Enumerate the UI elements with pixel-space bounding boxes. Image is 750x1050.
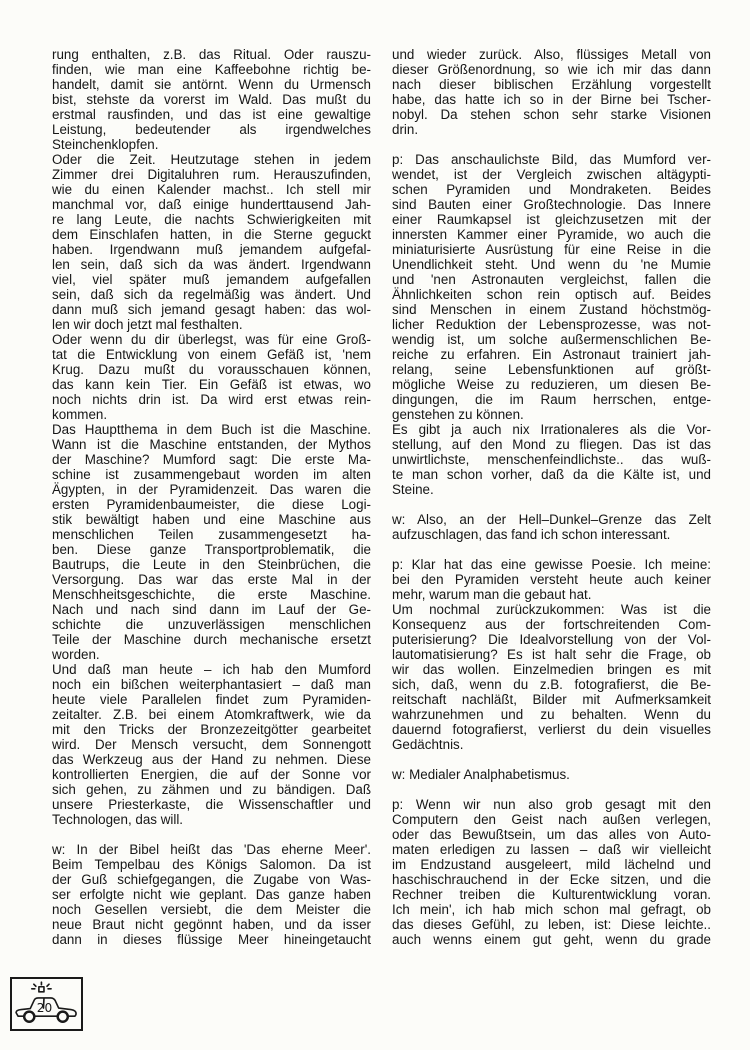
- text-line: Bautrups, die Leute in den Steinbrüchen,…: [52, 557, 371, 572]
- paragraph: Um nochmal zurückzukommen: Was ist dieKo…: [392, 602, 711, 752]
- text-line: sich gehen, zu zähmen und zu bändigen. D…: [52, 782, 371, 797]
- paragraph: Und daß man heute – ich hab den Mumfordn…: [52, 662, 371, 827]
- text-line: bei den Pyramiden versteht heute auch ke…: [392, 572, 711, 587]
- text-line: noch nichts drin ist. Da wird erst etwas…: [52, 392, 371, 407]
- text-line: Es gibt ja auch nix Irrationaleres als d…: [392, 422, 711, 437]
- paragraph: p: Klar hat das eine gewisse Poesie. Ich…: [392, 557, 711, 602]
- text-line: und 'nen Astronauten vergleichst, fallen…: [392, 272, 711, 287]
- text-line: mit den Tricks der Bronzezeitgötter gear…: [52, 722, 371, 737]
- text-line: licher Reduktion der Lebensprozesse, was…: [392, 317, 711, 332]
- paragraph: p: Das anschaulichste Bild, das Mumford …: [392, 152, 711, 422]
- paragraph: Das Hauptthema in dem Buch ist die Masch…: [52, 422, 371, 662]
- text-line: Das Hauptthema in dem Buch ist die Masch…: [52, 422, 371, 437]
- text-line: viel, viel später muß jemandem aufgefall…: [52, 272, 371, 287]
- text-line: worden.: [52, 647, 371, 662]
- paragraph: w: Medialer Analphabetismus.: [392, 767, 711, 782]
- text-line: kontrollierten Energien, die auf der Son…: [52, 767, 371, 782]
- text-line: das Werkzeug aus der Hand zu nehmen. Die…: [52, 752, 371, 767]
- text-line: mögliche Weise zu reduzieren, um diesen …: [392, 377, 711, 392]
- text-line: p: Das anschaulichste Bild, das Mumford …: [392, 152, 711, 167]
- car-icon: 20: [12, 979, 81, 1029]
- text-line: Wann ist die Maschine entstanden, der My…: [52, 437, 371, 452]
- scanned-magazine-page: rung enthalten, z.B. das Ritual. Oder ra…: [0, 0, 750, 1050]
- page-number: 20: [37, 1001, 52, 1015]
- text-line: ersten Pyramidenbaumeister, die diese Lo…: [52, 497, 371, 512]
- text-line: re lang Leute, die nachts Schwierigkeite…: [52, 212, 371, 227]
- text-line: das dieses Gefühl, zu leben, ist: Diese …: [392, 917, 711, 932]
- text-column-right: und wieder zurück. Also, flüssiges Metal…: [392, 47, 711, 947]
- text-line: wendet, ist der Vergleich zwischen altäg…: [392, 167, 711, 182]
- text-line: wendig ist, um solche außermenschlichen …: [392, 332, 711, 347]
- text-line: Und daß man heute – ich hab den Mumford: [52, 662, 371, 677]
- paragraph: w: In der Bibel heißt das 'Das eherne Me…: [52, 842, 371, 947]
- paragraph: und wieder zurück. Also, flüssiges Metal…: [392, 47, 711, 137]
- text-line: sein, daß sich da regelmäßig was ändert.…: [52, 287, 371, 302]
- paragraph: p: Wenn wir nun also grob gesagt mit den…: [392, 797, 711, 947]
- text-line: Oder die Zeit. Heutzutage stehen in jede…: [52, 152, 371, 167]
- page-number-badge: 20: [10, 977, 83, 1031]
- text-line: len sein, daß sich da was ändert. Irgend…: [52, 257, 371, 272]
- text-line: wahrzunehmen und zu behalten. Wenn du: [392, 707, 711, 722]
- text-line: haschischrauchend in der Ecke sitzen, un…: [392, 872, 711, 887]
- paragraph: Oder wenn du dir überlegst, was für eine…: [52, 332, 371, 422]
- text-line: der Maschine? Mumford sagt: Die erste Ma…: [52, 452, 371, 467]
- text-line: relang, seine Lebensfunktionen auf größt…: [392, 362, 711, 377]
- text-line: dem Einschlafen hatten, in die Sterne ge…: [52, 227, 371, 242]
- text-line: wird. Der Mensch versucht, dem Sonnengot…: [52, 737, 371, 752]
- text-line: Rechner treiben die Kulturentwicklung vo…: [392, 887, 711, 902]
- text-line: dingungen, die im Raum herrschen, entge-: [392, 392, 711, 407]
- text-line: und wieder zurück. Also, flüssiges Metal…: [392, 47, 711, 62]
- text-line: p: Wenn wir nun also grob gesagt mit den: [392, 797, 711, 812]
- text-line: w: Medialer Analphabetismus.: [392, 767, 711, 782]
- text-line: heute viele Parallelen findet zum Pyrami…: [52, 692, 371, 707]
- text-line: w: In der Bibel heißt das 'Das eherne Me…: [52, 842, 371, 857]
- text-line: lautomatisierung? Es ist halt sehr die F…: [392, 647, 711, 662]
- text-line: handelt, damit sie antörnt. Wenn du Urme…: [52, 77, 371, 92]
- text-line: sich, daß, wenn du z.B. fotografierst, d…: [392, 677, 711, 692]
- text-line: erstmal rausfinden, und das ist eine gew…: [52, 107, 371, 122]
- text-line: bist, stehste da vorerst im Wald. Das mu…: [52, 92, 371, 107]
- text-line: oder das Bewußtsein, um das alles von Au…: [392, 827, 711, 842]
- text-line: zeitalter. Z.B. bei einem Atomkraftwerk,…: [52, 707, 371, 722]
- text-line: genstehen zu können.: [392, 407, 711, 422]
- paragraph: Es gibt ja auch nix Irrationaleres als d…: [392, 422, 711, 497]
- text-line: Computern den Geist nach außen verlegen,: [392, 812, 711, 827]
- text-line: Unendlichkeit steht. Und wenn du 'ne Mum…: [392, 257, 711, 272]
- text-line: auch wenns einem gut geht, wenn du grade: [392, 932, 711, 947]
- text-line: Zimmer drei Digitaluhren rum. Herauszufi…: [52, 167, 371, 182]
- text-line: Steinchenklopfen.: [52, 137, 371, 152]
- text-line: Menschheitsgeschichte, die erste Maschin…: [52, 587, 371, 602]
- text-line: innersten Kammer einer Pyramide, wo auch…: [392, 227, 711, 242]
- text-line: ben. Diese ganze Transportproblematik, d…: [52, 542, 371, 557]
- text-line: Versorgung. Das war das erste Mal in der: [52, 572, 371, 587]
- text-line: das kann kein Tier. Ein Gefäß ist etwas,…: [52, 377, 371, 392]
- text-line: len wir doch jetzt mal festhalten.: [52, 317, 371, 332]
- text-line: dauernd fotografierst, verlierst du dein…: [392, 722, 711, 737]
- text-line: Nach und nach sind dann im Lauf der Ge-: [52, 602, 371, 617]
- text-line: nach dieser biblischen Erzählung vorgest…: [392, 77, 711, 92]
- text-line: Krug. Dazu mußt du vorausschauen können,: [52, 362, 371, 377]
- text-line: Konsequenz aus der fortschreitenden Com-: [392, 617, 711, 632]
- text-line: noch ein bißchen weiterphantasiert – daß…: [52, 677, 371, 692]
- text-line: reiche zu erfahren. Ein Astronaut traini…: [392, 347, 711, 362]
- text-line: miniaturisierte Ausrüstung für eine Reis…: [392, 242, 711, 257]
- wheel-icon: [24, 1012, 34, 1022]
- text-line: mehr, warum man die gebaut hat.: [392, 587, 711, 602]
- text-column-left: rung enthalten, z.B. das Ritual. Oder ra…: [52, 47, 371, 947]
- text-line: te man schon vorher, daß da die Kälte is…: [392, 467, 711, 482]
- text-line: Gedächtnis.: [392, 737, 711, 752]
- text-line: im Endzustand ausgeleert, mild lächelnd …: [392, 857, 711, 872]
- paragraph: Oder die Zeit. Heutzutage stehen in jede…: [52, 152, 371, 332]
- text-line: aufzuschlagen, das fand ich schon intere…: [392, 527, 711, 542]
- text-line: dann muß sich jemand gesagt haben: das w…: [52, 302, 371, 317]
- text-line: schine ist zusammengebaut worden im alte…: [52, 467, 371, 482]
- text-line: reitschaft nachläßt, Bilder mit Aufmerks…: [392, 692, 711, 707]
- text-line: unwirtlichste, menschenfeindlichste.. da…: [392, 452, 711, 467]
- text-line: nobyl. Da stehen schon sehr starke Visio…: [392, 107, 711, 122]
- text-line: sind Menschen in einem Zustand höchstmög…: [392, 302, 711, 317]
- text-line: sind Bauten einer Großtechnologie. Das I…: [392, 197, 711, 212]
- text-line: Ägypten, in der Pyramidenzeit. Das waren…: [52, 482, 371, 497]
- text-line: kommen.: [52, 407, 371, 422]
- text-line: schichte die unzuverlässigen menschliche…: [52, 617, 371, 632]
- text-line: rung enthalten, z.B. das Ritual. Oder ra…: [52, 47, 371, 62]
- text-line: noch Gesellen versiebt, die dem Meister …: [52, 902, 371, 917]
- paragraph: w: Also, an der Hell–Dunkel–Grenze das Z…: [392, 512, 711, 542]
- text-line: Um nochmal zurückzukommen: Was ist die: [392, 602, 711, 617]
- text-line: w: Also, an der Hell–Dunkel–Grenze das Z…: [392, 512, 711, 527]
- text-line: p: Klar hat das eine gewisse Poesie. Ich…: [392, 557, 711, 572]
- text-line: Ich mein', ich hab mich schon mal gefrag…: [392, 902, 711, 917]
- text-line: Teile der Maschine durch mechanische ers…: [52, 632, 371, 647]
- text-line: Beim Tempelbau des Königs Salomon. Da is…: [52, 857, 371, 872]
- text-line: ser erfolgte nicht wie geplant. Das ganz…: [52, 887, 371, 902]
- text-line: menschlichen Teilen zusammengesetzt ha-: [52, 527, 371, 542]
- text-line: wie du einen Kalender machst.. Ich stell…: [52, 182, 371, 197]
- text-line: Oder wenn du dir überlegst, was für eine…: [52, 332, 371, 347]
- text-line: habe, das hatte ich so in der Birne bei …: [392, 92, 711, 107]
- text-line: dieser Größenordnung, so wie ich mir das…: [392, 62, 711, 77]
- text-line: manchmal vor, daß einige hunderttausend …: [52, 197, 371, 212]
- text-line: einer Raumkapsel ist gleichzusetzen mit …: [392, 212, 711, 227]
- text-line: maten erledigen zu lassen – daß wir viel…: [392, 842, 711, 857]
- wheel-icon: [58, 1012, 68, 1022]
- text-line: dann in dieses flüssige Meer hineingetau…: [52, 932, 371, 947]
- text-line: unsere Priesterkaste, die Wissenschaftle…: [52, 797, 371, 812]
- paragraph: rung enthalten, z.B. das Ritual. Oder ra…: [52, 47, 371, 152]
- text-line: stik bewältigt haben und eine Maschine a…: [52, 512, 371, 527]
- text-line: puterisierung? Die Idealvorstellung von …: [392, 632, 711, 647]
- text-line: wir das wollen. Einzelmedien bringen es …: [392, 662, 711, 677]
- text-line: Ähnlichkeiten schon rein optisch auf. Be…: [392, 287, 711, 302]
- text-line: Steine.: [392, 482, 711, 497]
- text-line: haben. Irgendwann muß jemandem aufgefal-: [52, 242, 371, 257]
- text-line: stellung, auf den Mond zu fliegen. Das i…: [392, 437, 711, 452]
- text-line: Leistung, bedeutender als irgendwelches: [52, 122, 371, 137]
- text-line: der Guß schiefgegangen, die Zugabe von W…: [52, 872, 371, 887]
- text-line: neue Braut nicht gegönnt haben, und da i…: [52, 917, 371, 932]
- text-line: Technologen, das will.: [52, 812, 371, 827]
- text-line: tat die Entwicklung von einem Gefäß ist,…: [52, 347, 371, 362]
- text-line: drin.: [392, 122, 711, 137]
- text-line: schen Pyramiden und Mondraketen. Beides: [392, 182, 711, 197]
- text-line: finden, wie man eine Kaffeebohne richtig…: [52, 62, 371, 77]
